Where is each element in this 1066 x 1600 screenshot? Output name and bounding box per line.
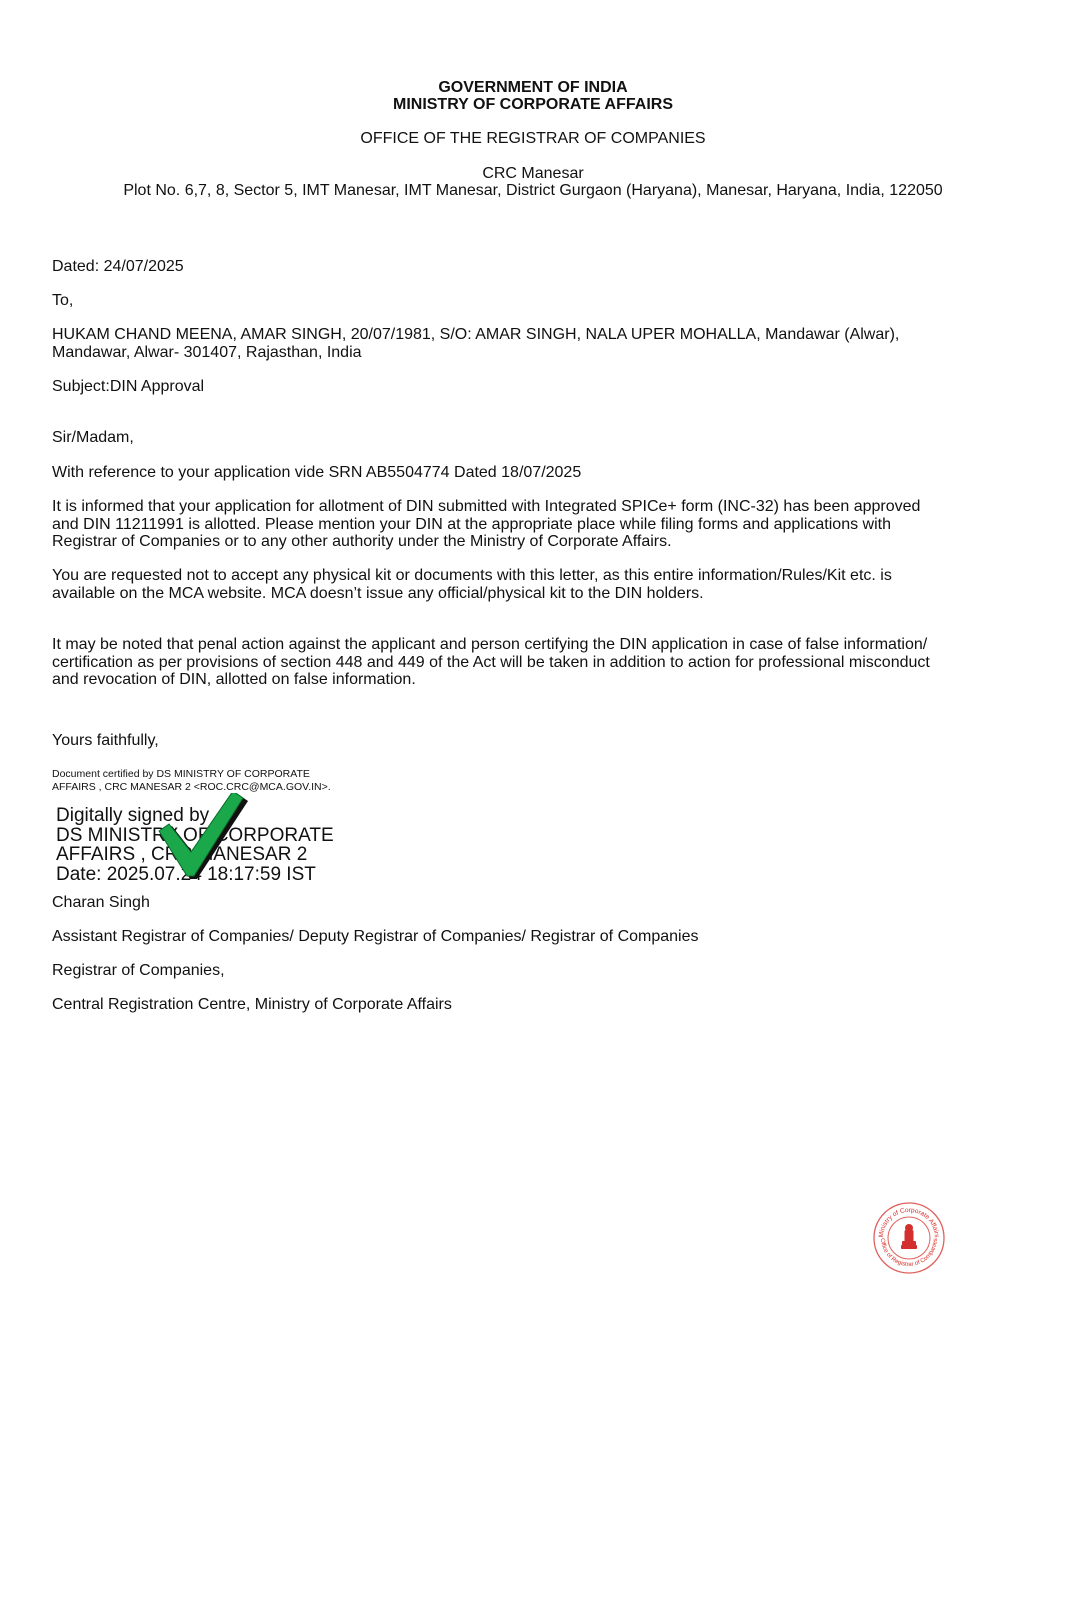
- letter-subject: Subject:DIN Approval: [52, 378, 1012, 396]
- paragraph-line: Registrar of Companies or to any other a…: [52, 533, 1052, 551]
- paragraph-penal-action: It may be noted that penal action agains…: [52, 636, 1052, 689]
- signatory-organisation: Central Registration Centre, Ministry of…: [52, 996, 1012, 1014]
- paragraph-line: It is informed that your application for…: [52, 498, 1052, 516]
- paragraph-approval: It is informed that your application for…: [52, 498, 1052, 551]
- letter-to: To,: [52, 292, 1012, 310]
- certified-by: Document certified by DS MINISTRY OF COR…: [52, 768, 1012, 794]
- paragraph-physical-kit: You are requested not to accept any phys…: [52, 567, 1052, 602]
- salutation: Sir/Madam,: [52, 429, 1012, 447]
- addressee-line-2: Mandawar, Alwar- 301407, Rajasthan, Indi…: [52, 344, 1012, 362]
- paragraph-line: It may be noted that penal action agains…: [52, 636, 1052, 654]
- paragraph-line: and DIN 11211991 is allotted. Please men…: [52, 516, 1052, 534]
- closing: Yours faithfully,: [52, 732, 1012, 750]
- certified-line: Document certified by DS MINISTRY OF COR…: [52, 768, 1012, 781]
- signatory-designation: Assistant Registrar of Companies/ Deputy…: [52, 928, 1012, 946]
- header-ministry: MINISTRY OF CORPORATE AFFAIRS: [0, 96, 1066, 113]
- header-address: Plot No. 6,7, 8, Sector 5, IMT Manesar, …: [0, 182, 1066, 200]
- paragraph-line: You are requested not to accept any phys…: [52, 567, 1052, 585]
- signatory-name: Charan Singh: [52, 894, 1012, 912]
- emblem-seal-icon: Ministry of Corporate Affairs Office of …: [872, 1201, 946, 1275]
- paragraph-line: available on the MCA website. MCA doesn’…: [52, 585, 1052, 603]
- addressee-line-1: HUKAM CHAND MEENA, AMAR SINGH, 20/07/198…: [52, 326, 1012, 344]
- paragraph-line: certification as per provisions of secti…: [52, 654, 1052, 672]
- addressee: HUKAM CHAND MEENA, AMAR SINGH, 20/07/198…: [52, 326, 1012, 361]
- signatory-title: Registrar of Companies,: [52, 962, 1012, 980]
- letter-date: Dated: 24/07/2025: [52, 258, 1012, 276]
- signature-valid-check-icon: [150, 793, 250, 883]
- reference-line: With reference to your application vide …: [52, 464, 1012, 482]
- paragraph-line: and revocation of DIN, allotted on false…: [52, 671, 1052, 689]
- header-govt: GOVERNMENT OF INDIA: [0, 79, 1066, 96]
- header-centre: CRC Manesar: [0, 165, 1066, 183]
- header-office: OFFICE OF THE REGISTRAR OF COMPANIES: [0, 130, 1066, 148]
